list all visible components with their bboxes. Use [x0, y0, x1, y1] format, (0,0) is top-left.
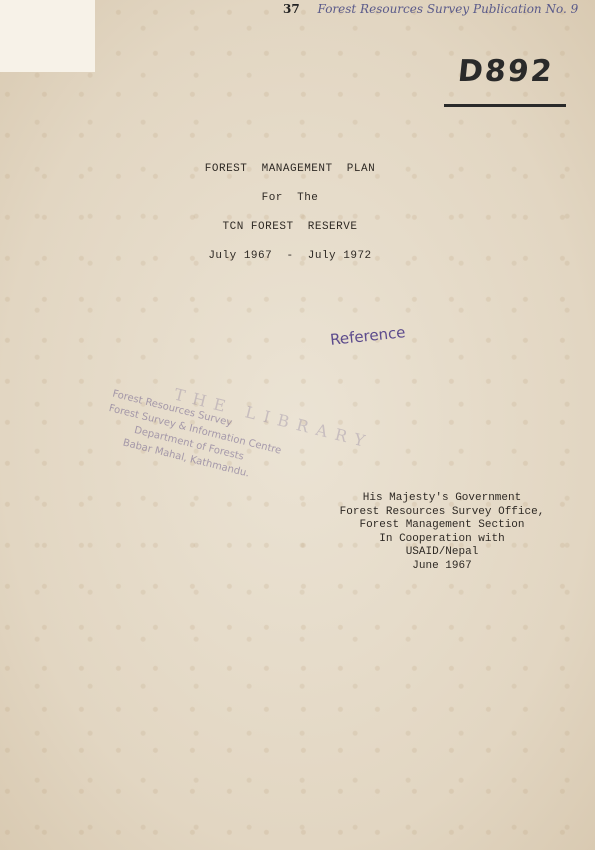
document-code-underline [444, 104, 566, 107]
issuer-line-2: Forest Resources Survey Office, [322, 506, 562, 520]
document-page: 37 Forest Resources Survey Publication N… [0, 0, 595, 850]
handwritten-number: 37 [283, 2, 300, 16]
issuer-block: His Majesty's Government Forest Resource… [322, 492, 562, 573]
handwritten-note-text: Forest Resources Survey Publication No. … [318, 2, 579, 16]
paper-corner-patch [0, 0, 95, 72]
issuer-line-5: USAID/Nepal [322, 546, 562, 560]
reference-stamp: Reference [329, 323, 406, 349]
title-line-1: FOREST MANAGEMENT PLAN [180, 155, 400, 184]
title-line-2: For The [180, 184, 400, 213]
issuer-line-1: His Majesty's Government [322, 492, 562, 506]
title-block: FOREST MANAGEMENT PLAN For The TCN FORES… [180, 155, 400, 271]
library-stamp: THE LIBRARY Forest Resources Survey Fore… [100, 372, 351, 503]
issuer-line-4: In Cooperation with [322, 533, 562, 547]
handwritten-annotation: 37 Forest Resources Survey Publication N… [283, 2, 595, 16]
issuer-line-3: Forest Management Section [322, 519, 562, 533]
issuer-line-6: June 1967 [322, 560, 562, 574]
title-line-3: TCN FOREST RESERVE [180, 213, 400, 242]
document-code: D892 [456, 54, 555, 89]
title-line-4: July 1967 - July 1972 [180, 242, 400, 271]
